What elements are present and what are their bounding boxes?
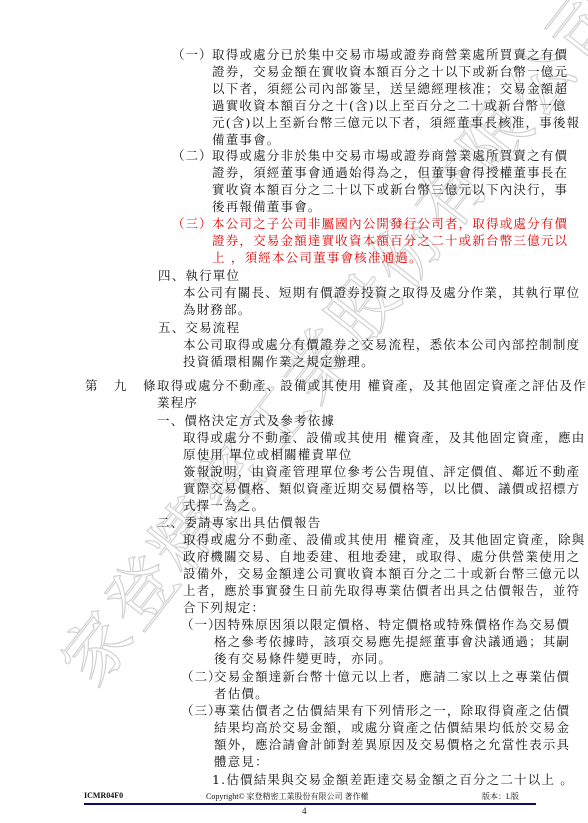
text-line: 上者，應於事實發生日前先取得專業估價者出具之估價報告，並符 [183,583,580,599]
text-line: 實收資本額百分之二十以下或新台幣三億元以下內決行，事 [212,182,568,198]
footer-version: 版本：L版 [482,791,519,802]
page-number: 4 [302,806,307,816]
text-line: 證券，交易金額在實收資本額百分之十以下或新台幣一億元 [212,64,568,80]
text-line: 取得或處分不動產、設備或其使用 權資產，及其他固定資產，除與 [183,532,585,548]
text-line: 後有交易條件變更時，亦同。 [214,651,392,667]
item-marker: （二） [172,148,213,164]
text-line: 取得或處分不動產、設備或其使用 權資產，及其他固定資產，應由 [183,430,585,446]
item-marker: （一） [172,47,213,63]
text-line: 以下者，須經公司內部簽呈，送呈總經理核准；交易金額超 [212,81,568,97]
highlighted-text-line: 上 ，須經本公司董事會核准通過。 [212,250,423,266]
text-line: 格之參考依據時，該項交易應先提經董事會決議通過；其嗣 [214,634,570,650]
article-title: 取得或處分不動產、設備或其使用 權資產，及其他固定資產之評估及作 [157,378,587,394]
text-line: 證券，須經董事會通過始得為之，但董事會得授權董事長在 [212,165,568,181]
text-line: 後再報備董事會。 [212,199,322,215]
subsection-heading: 四、執行單位 [158,268,240,284]
text-line: 實際交易價格、類似資產近期交易價格等，以比價、議價或招標方 [183,481,580,497]
section-heading: 二、委請專家出具估價報告 [157,515,321,531]
text-line: 簽報說明，由資產管理單位參考公告現值、評定價值、鄰近不動產 [183,464,580,480]
article-title: 業程序 [157,395,198,411]
footer-divider [84,803,536,805]
document-page: 家登精密工業股份有限公司 （一） 取得或處分已於集中交易市場或證券商營業處所買賣… [0,0,588,823]
text-line: 取得或處分非於集中交易市場或證券商營業處所買賣之有價 [212,148,568,164]
text-line: 備董事會。 [212,132,281,148]
footer-doc-code: ICMR04F0 [84,791,123,800]
text-line: 專業估價者之估價結果有下列情形之一，除取得資產之估價 [214,703,570,719]
item-marker-highlighted: （三） [172,216,213,232]
text-line: 交易金額達新台幣十億元以上者，應請二家以上之專業估價 [214,669,570,685]
text-line: 額外，應洽請會計師對差異原因及交易價格之允當性表示具 [214,737,570,753]
text-line: 政府機關交易、自地委建、租地委建，或取得、處分供營業使用之 [183,549,580,565]
text-line: 為財務部。 [183,302,252,318]
text-line: 投資循環相關作業之規定辦理。 [183,354,375,370]
text-line: 元(含)以上至新台幣三億元以下者，須經董事長核准，事後報 [212,115,580,131]
article-label: 第 九 條 [85,378,158,394]
text-line: 本公司有關長、短期有價證券投資之取得及處分作業，其執行單位 [183,285,580,301]
text-line: 本公司取得或處分有價證券之交易流程，悉依本公司內部控制制度 [183,337,580,353]
numbered-subitem: 1.估價結果與交易金額差距達交易金額之百分之二十以上 。 [212,772,574,788]
text-line: 者估價。 [214,686,269,702]
text-line: 因特殊原因須以限定價格、特定價格或特殊價格作為交易價 [214,617,570,633]
text-line: 合下列規定： [183,600,265,616]
highlighted-text-line: 本公司之子公司非屬國內公開發行公司者，取得或處分有價 [212,216,568,232]
text-line: 原使用 單位或相關權責單位 [183,447,353,463]
section-heading: 一、價格決定方式及參考依據 [157,413,335,429]
text-line: 過實收資本額百分之十(含)以上至百分之二十或新台幣一億 [212,98,567,114]
text-line: 體意見： [214,754,269,770]
footer-copyright: Copyright© 家登精密工業股份有限公司 著作權 [206,791,369,802]
highlighted-text-line: 證券，交易金額達實收資本額百分之二十或新台幣三億元以 [212,233,568,249]
text-line: 結果均高於交易金額，或處分資產之估價結果均低於交易金 [214,720,570,736]
text-line: 設備外，交易金額達公司實收資本額百分之二十或新台幣三億元以 [183,566,580,582]
subsection-heading: 五、交易流程 [158,320,240,336]
text-line: 式擇一為之。 [183,498,265,514]
text-line: 取得或處分已於集中交易市場或證券商營業處所買賣之有價 [212,47,568,63]
